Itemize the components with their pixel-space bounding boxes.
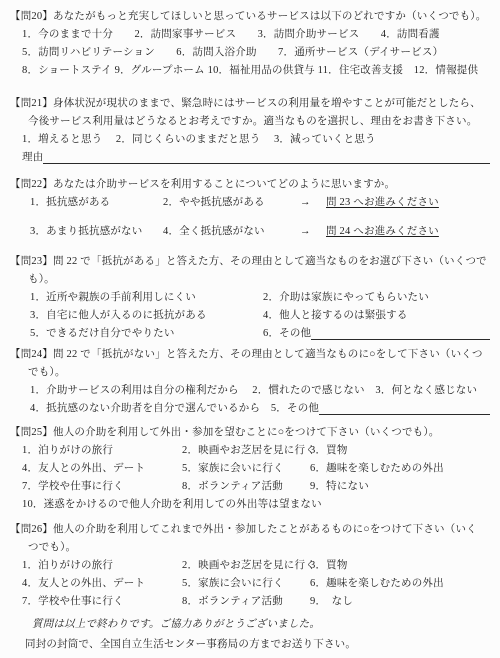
closing-return-instruction: 同封の封筒で、全国自立生活センター事務局の方までお送り下さい。 — [10, 635, 490, 655]
q24-option-4-5-other: 4．抵抗感のない介助者を自分で選んでいるから 5．その他 — [30, 400, 319, 418]
q25-option-3: 3．買物 — [310, 442, 348, 460]
q26-row-3: 7．学校や仕事に行く 8．ボランティア活動 9． なし — [10, 593, 490, 611]
q21-reason-label: 理由 — [22, 149, 43, 167]
q25-option-4: 4．友人との外出、デート — [22, 460, 182, 478]
q20-options-line-1: 1．今のままで十分 2．訪問家事サービス 3．訪問介助サービス 4．訪問看護 — [10, 26, 490, 44]
q26-option-2: 2．映画やお芝居を見に行く — [182, 557, 310, 575]
right-arrow-icon: → — [300, 194, 326, 212]
q23-option-1: 1．近所や親族の手前利用しにくい — [30, 289, 263, 307]
q21-title-line-1: 【問21】身体状況が現状のままで、緊急時にはサービスの利用量を増やすことが可能だ… — [10, 95, 490, 113]
q25-option-9: 9．特にない — [310, 478, 369, 496]
q23-option-4: 4．他人と接するのは緊張する — [263, 307, 408, 325]
q22-row-2: 3．あまり抵抗感がない 4．全く抵抗感がない → 問 24 へお進みください — [10, 223, 490, 241]
question-21: 【問21】身体状況が現状のままで、緊急時にはサービスの利用量を増やすことが可能だ… — [10, 95, 490, 167]
right-arrow-icon: → — [300, 223, 326, 241]
q22-goto-q24-note: 問 24 へお進みください — [326, 223, 439, 241]
q25-option-6: 6．趣味を楽しむための外出 — [310, 460, 444, 478]
q25-option-2: 2．映画やお芝居を見に行く — [182, 442, 310, 460]
q25-option-1: 1．泊りがけの旅行 — [22, 442, 182, 460]
q23-title-line-1: 【問23】問 22 で「抵抗がある」と答えた方、その理由として適当なものをお選び… — [10, 253, 490, 271]
q22-title: 【問22】あなたは介助サービスを利用することについてどのように思いますか。 — [10, 176, 490, 194]
q25-option-8: 8．ボランティア活動 — [182, 478, 310, 496]
q20-options-line-2: 5．訪問リハビリテーション 6．訪問入浴介助 7．通所サービス（デイサービス） — [10, 44, 490, 62]
q22-row-1: 1．抵抗感がある 2．やや抵抗感がある → 問 23 へお進みください — [10, 194, 490, 212]
q23-other-blank-line — [311, 338, 490, 340]
closing-thanks-text: 質問は以上で終わりです。ご協力ありがとうございました。 — [10, 615, 490, 635]
q21-title-line-2: 今後サービス利用量はどうなるとお考えですか。適当なものを選択し、理由をお書き下さ… — [10, 113, 490, 131]
question-23: 【問23】問 22 で「抵抗がある」と答えた方、その理由として適当なものをお選び… — [10, 253, 490, 343]
q22-option-2: 2．やや抵抗感がある — [163, 194, 300, 212]
q22-option-4: 4．全く抵抗感がない — [163, 223, 300, 241]
q23-title-line-2: も）。 — [10, 271, 490, 289]
q20-options-line-3: 8．ショートステイ 9．グループホーム 10．福祉用品の供貸与 11．住宅改善支… — [10, 62, 490, 80]
q25-title: 【問25】他人の介助を利用して外出・参加を望むことに○をつけて下さい（いくつでも… — [10, 424, 490, 442]
q25-option-10: 10．迷惑をかけるので他人介助を利用しての外出等は望まない — [10, 496, 490, 514]
q23-option-2: 2．介助は家族にやってもらいたい — [263, 289, 429, 307]
q26-option-4: 4．友人との外出、デート — [22, 575, 182, 593]
closing-note: 質問は以上で終わりです。ご協力ありがとうございました。 同封の封筒で、全国自立生… — [10, 615, 490, 655]
q26-row-1: 1．泊りがけの旅行 2．映画やお芝居を見に行く 3．買物 — [10, 557, 490, 575]
q23-option-5: 5．できるだけ自分でやりたい — [30, 325, 263, 343]
q24-options-line-1: 1．介助サービスの利用は自分の権利だから 2．慣れたので感じない 3．何となく感… — [10, 382, 490, 400]
q25-option-7: 7．学校や仕事に行く — [22, 478, 182, 496]
q26-option-8: 8．ボランティア活動 — [182, 593, 310, 611]
questionnaire-page: 【問20】あなたがもっと充実してほしいと思っているサービスは以下のどれですか（い… — [0, 0, 500, 655]
q24-options-line-2: 4．抵抗感のない介助者を自分で選んでいるから 5．その他 — [10, 400, 490, 418]
q21-options: 1．増えると思う 2．同じくらいのままだと思う 3．減っていくと思う — [10, 131, 490, 149]
q24-title-line-2: でも）。 — [10, 364, 490, 382]
q20-title: 【問20】あなたがもっと充実してほしいと思っているサービスは以下のどれですか（い… — [10, 8, 490, 26]
q26-title-line-2: つでも）。 — [10, 539, 490, 557]
q23-row-3: 5．できるだけ自分でやりたい 6．その他 — [10, 325, 490, 343]
q26-option-3: 3．買物 — [310, 557, 348, 575]
q25-option-5: 5．家族に会いに行く — [182, 460, 310, 478]
q26-option-6: 6．趣味を楽しむための外出 — [310, 575, 444, 593]
question-24: 【問24】問 22 で「抵抗がない」と答えた方、その理由として適当なものに○をし… — [10, 346, 490, 418]
question-20: 【問20】あなたがもっと充実してほしいと思っているサービスは以下のどれですか（い… — [10, 8, 490, 80]
q23-option-3: 3．自宅に他人が入るのに抵抗がある — [30, 307, 263, 325]
q24-title-line-1: 【問24】問 22 で「抵抗がない」と答えた方、その理由として適当なものに○をし… — [10, 346, 490, 364]
q22-goto-q23-note: 問 23 へお進みください — [326, 194, 439, 212]
q23-row-1: 1．近所や親族の手前利用しにくい 2．介助は家族にやってもらいたい — [10, 289, 490, 307]
q26-title-line-1: 【問26】他人の介助を利用してこれまで外出・参加したことがあるものに○をつけて下… — [10, 521, 490, 539]
q26-option-5: 5．家族に会いに行く — [182, 575, 310, 593]
q26-option-9: 9． なし — [310, 593, 353, 611]
q25-row-1: 1．泊りがけの旅行 2．映画やお芝居を見に行く 3．買物 — [10, 442, 490, 460]
question-26: 【問26】他人の介助を利用してこれまで外出・参加したことがあるものに○をつけて下… — [10, 521, 490, 611]
q22-option-3: 3．あまり抵抗感がない — [30, 223, 163, 241]
q26-option-1: 1．泊りがけの旅行 — [22, 557, 182, 575]
q24-other-blank-line — [319, 413, 490, 415]
q26-row-2: 4．友人との外出、デート 5．家族に会いに行く 6．趣味を楽しむための外出 — [10, 575, 490, 593]
question-25: 【問25】他人の介助を利用して外出・参加を望むことに○をつけて下さい（いくつでも… — [10, 424, 490, 514]
q26-option-7: 7．学校や仕事に行く — [22, 593, 182, 611]
q21-reason-row: 理由 — [10, 149, 490, 167]
q23-row-2: 3．自宅に他人が入るのに抵抗がある 4．他人と接するのは緊張する — [10, 307, 490, 325]
question-22: 【問22】あなたは介助サービスを利用することについてどのように思いますか。 1．… — [10, 176, 490, 241]
q21-reason-blank-line — [43, 162, 490, 164]
q25-row-2: 4．友人との外出、デート 5．家族に会いに行く 6．趣味を楽しむための外出 — [10, 460, 490, 478]
q25-row-3: 7．学校や仕事に行く 8．ボランティア活動 9．特にない — [10, 478, 490, 496]
q22-option-1: 1．抵抗感がある — [30, 194, 163, 212]
q23-option-6-other: 6．その他 — [263, 325, 311, 343]
